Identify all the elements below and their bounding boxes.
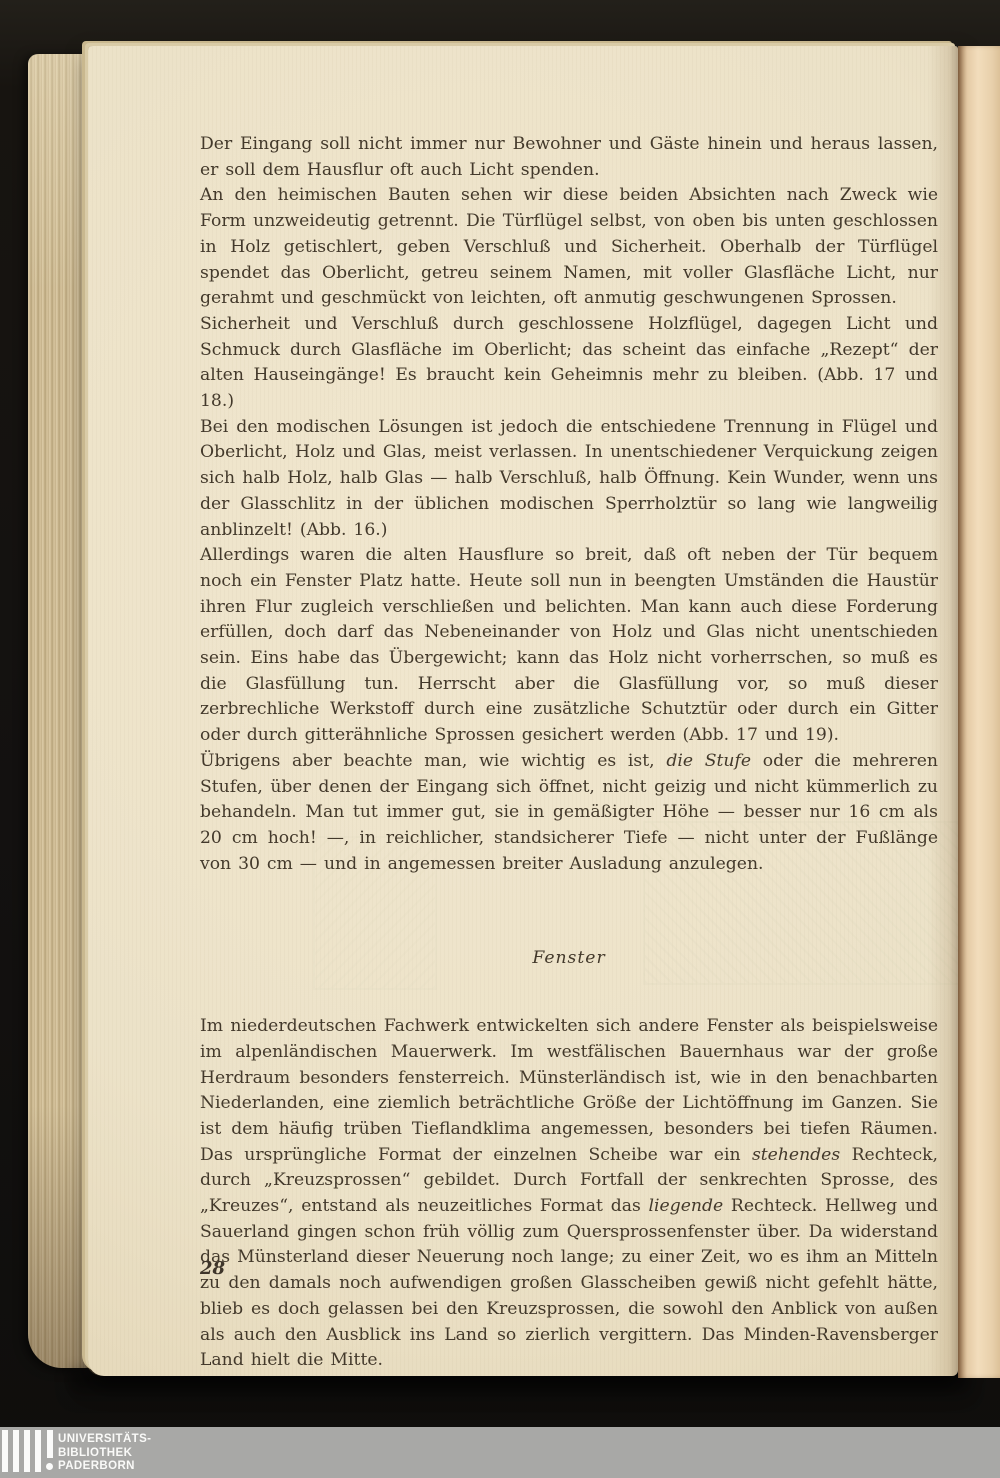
book-drop-shadow	[70, 1372, 970, 1402]
paragraph: Sicherheit und Verschluß durch geschloss…	[200, 312, 938, 415]
logo-bar	[13, 1430, 19, 1472]
facing-page-edge	[958, 46, 1000, 1378]
ub-paderborn-logo-icon	[2, 1430, 54, 1475]
italic-term: die Stufe	[666, 751, 751, 771]
logo-exclamation	[46, 1430, 53, 1470]
watermark-line-2: BIBLIOTHEK	[58, 1447, 151, 1461]
library-watermark-bar: UNIVERSITÄTS- BIBLIOTHEK PADERBORN	[0, 1427, 1000, 1478]
italic-term: liegende	[649, 1196, 724, 1216]
logo-bar	[35, 1430, 41, 1472]
paragraph-text: Bei den modischen Lösungen ist jedoch di…	[200, 417, 938, 540]
logo-bar	[47, 1430, 53, 1458]
logo-dot	[46, 1463, 53, 1470]
logo-bar	[2, 1430, 8, 1472]
paragraph: Im niederdeutschen Fachwerk entwickelten…	[200, 1014, 938, 1374]
logo-bar	[24, 1430, 30, 1472]
page-number: 28	[200, 1258, 225, 1279]
section-heading: Fenster	[200, 946, 938, 972]
paragraph-text: Sicherheit und Verschluß durch geschloss…	[200, 314, 938, 411]
paragraph: Allerdings waren die alten Hausflure so …	[200, 543, 938, 749]
page-text-block: Der Eingang soll nicht immer nur Bewohne…	[200, 132, 938, 1374]
italic-term: stehendes	[752, 1145, 840, 1165]
paragraph-text: Der Eingang soll nicht immer nur Bewohne…	[200, 134, 938, 180]
paragraph-text: Rechteck. Hellweg und Sauerland gingen s…	[200, 1196, 938, 1370]
paragraph: Der Eingang soll nicht immer nur Bewohne…	[200, 132, 938, 183]
paragraph-text: Allerdings waren die alten Hausflure so …	[200, 545, 938, 745]
watermark-text: UNIVERSITÄTS- BIBLIOTHEK PADERBORN	[58, 1433, 151, 1474]
book-page-stack-edge	[28, 54, 90, 1368]
scanned-book-photo: Der Eingang soll nicht immer nur Bewohne…	[0, 0, 1000, 1478]
paragraph-text: Übrigens aber beachte man, wie wichtig e…	[200, 751, 666, 771]
watermark-line-3: PADERBORN	[58, 1460, 151, 1474]
paragraph: An den heimischen Bauten sehen wir diese…	[200, 183, 938, 312]
paragraph-text: An den heimischen Bauten sehen wir diese…	[200, 185, 938, 308]
paragraph: Bei den modischen Lösungen ist jedoch di…	[200, 415, 938, 544]
watermark-line-1: UNIVERSITÄTS-	[58, 1433, 151, 1447]
paragraph: Übrigens aber beachte man, wie wichtig e…	[200, 749, 938, 878]
paragraph-text: Im niederdeutschen Fachwerk entwickelten…	[200, 1016, 938, 1165]
